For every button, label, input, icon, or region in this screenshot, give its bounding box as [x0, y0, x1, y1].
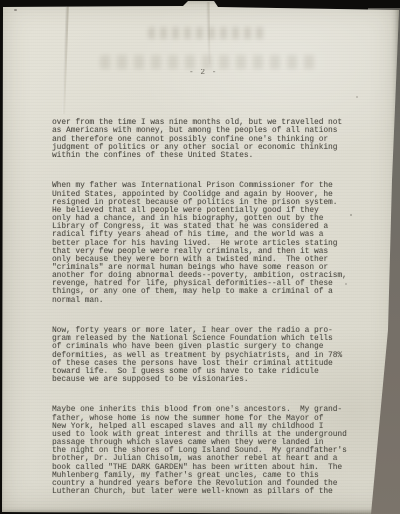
- scanned-document-view: - 2 - over from the time I was nine mont…: [0, 0, 400, 514]
- typewritten-text-block: over from the time I was nine months old…: [52, 103, 362, 514]
- ink-speck: [356, 96, 358, 98]
- paper-crease: [62, 4, 69, 114]
- paper-crease: [206, 2, 210, 64]
- paragraph: When my father was International Prison …: [52, 182, 362, 304]
- page-number: - 2 -: [189, 69, 217, 77]
- scanned-page: - 2 - over from the time I was nine mont…: [0, 0, 400, 514]
- paragraph: Maybe one inherits this blood from one's…: [52, 406, 362, 496]
- paragraph: over from the time I was nine months old…: [52, 119, 362, 160]
- paragraph: Now, forty years or more later, I hear o…: [52, 327, 362, 384]
- ink-speck: [14, 9, 17, 11]
